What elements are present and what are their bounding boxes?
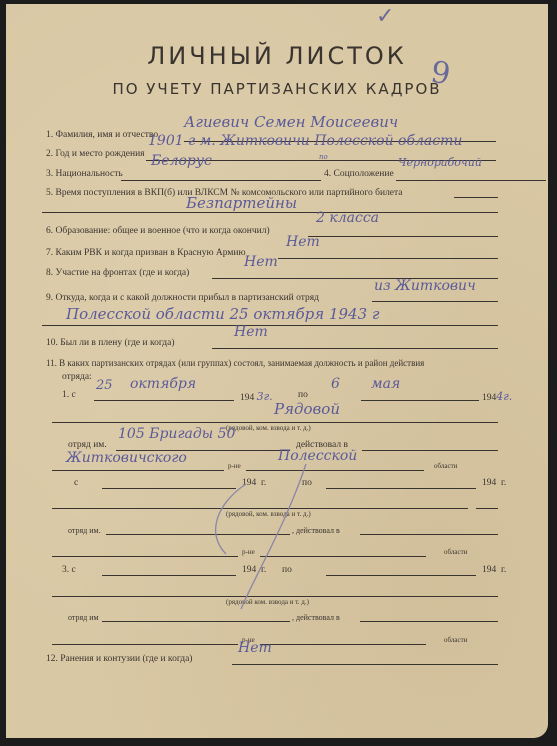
label-arrival: 9. Откуда, когда и с какой должности при… bbox=[46, 293, 319, 303]
entry1-to-word: по bbox=[298, 390, 308, 400]
entry1-position-hint: (рядовой, ком. взвода и т. д.) bbox=[226, 424, 311, 432]
cross-out-stroke-icon bbox=[186, 444, 336, 614]
label-full-name: 1. Фамилия, имя и отчество bbox=[46, 130, 158, 140]
entry1-to-day: 6 bbox=[331, 376, 340, 392]
value-party-membership: Безпартейны bbox=[186, 194, 297, 212]
check-mark-icon: ✓ bbox=[376, 4, 394, 29]
entry1-from-year-prefix: 194 bbox=[240, 393, 254, 403]
entry1-from-year: 194 3г. bbox=[240, 390, 273, 403]
label-wounds: 12. Ранения и контузии (где и когда) bbox=[46, 654, 192, 664]
entry1-to-month: мая bbox=[371, 376, 400, 392]
value-arrival: из Житкович bbox=[374, 278, 476, 294]
entry1-acted-line bbox=[362, 450, 498, 451]
entry3-number: 3. с bbox=[62, 565, 76, 575]
entry1-to-year: 1944г. bbox=[482, 390, 512, 403]
line-arrival-2 bbox=[42, 325, 498, 326]
label-education: 6. Образование: общее и военное (что и к… bbox=[46, 226, 270, 236]
entry1-position-line bbox=[52, 422, 498, 423]
entry1-to-line bbox=[361, 400, 479, 401]
entry3-unit-line bbox=[102, 621, 290, 622]
entry1-from-line bbox=[94, 400, 234, 401]
document-title: ЛИЧНЫЙ ЛИСТОК bbox=[6, 42, 548, 70]
value-social-status: Чернорабочий bbox=[398, 156, 482, 169]
line-party-membership bbox=[42, 212, 498, 213]
entry1-district-value: Житковичского bbox=[66, 450, 187, 466]
entry2-position-line-2 bbox=[476, 508, 498, 509]
entry1-position: Рядовой bbox=[274, 400, 340, 418]
line-social-status bbox=[396, 180, 546, 181]
entry3-to-year-suffix: г. bbox=[501, 565, 506, 575]
entry2-to-year-suffix: г. bbox=[501, 478, 506, 488]
entry1-to-year-suffix: 4г. bbox=[496, 390, 512, 403]
line-wounds bbox=[232, 664, 498, 665]
document-subtitle: ПО УЧЕТУ ПАРТИЗАНСКИХ КАДРОВ bbox=[6, 80, 548, 98]
entry1-unit-value: 105 Бригады 50 bbox=[118, 426, 235, 442]
line-party-number bbox=[454, 197, 498, 198]
value-wounds: Нет bbox=[238, 640, 272, 656]
value-birth: 1901 г м. Житковичи Полесской области bbox=[148, 133, 462, 149]
entry1-to-year-prefix: 194 bbox=[482, 393, 496, 403]
entry3-region-label: области bbox=[444, 636, 467, 644]
entry3-to-line bbox=[326, 575, 476, 576]
line-arrival bbox=[372, 301, 498, 302]
label-captivity: 10. Был ли в плену (где и когда) bbox=[46, 338, 175, 348]
entry1-number: 1. с bbox=[62, 390, 76, 400]
entry2-region-label: области bbox=[444, 548, 467, 556]
label-fronts: 8. Участие на фронтах (где и когда) bbox=[46, 268, 189, 278]
label-detachments: 11. В каких партизанских отрядах (или гр… bbox=[46, 358, 424, 368]
entry1-from-day: 25 bbox=[96, 378, 113, 393]
value-conscription: Нет bbox=[286, 234, 320, 250]
entry3-district-line bbox=[52, 644, 238, 645]
entry3-region-line bbox=[260, 644, 426, 645]
entry3-acted-label: , действовал в bbox=[292, 613, 340, 622]
line-conscription bbox=[278, 258, 498, 259]
personal-record-sheet: ЛИЧНЫЙ ЛИСТОК ПО УЧЕТУ ПАРТИЗАНСКИХ КАДР… bbox=[6, 4, 548, 738]
label-social-status: 4. Соцположение bbox=[324, 169, 394, 179]
line-captivity bbox=[212, 348, 498, 349]
entry1-from-month: октября bbox=[130, 376, 196, 392]
label-detachments-2: отряда: bbox=[62, 372, 92, 382]
entry3-to-year: 194 г. bbox=[482, 565, 506, 575]
entry2-to-line bbox=[326, 488, 476, 489]
entry3-to-year-prefix: 194 bbox=[482, 565, 496, 575]
entry2-to-year: 194 г. bbox=[482, 478, 506, 488]
value-education: 2 класса bbox=[316, 210, 379, 226]
entry2-acted-line bbox=[360, 534, 498, 535]
entry1-from-year-suffix: 3г. bbox=[257, 390, 273, 403]
entry1-region-label: области bbox=[434, 462, 457, 470]
entry2-unit-label: отряд им. bbox=[68, 526, 101, 535]
entry3-unit-label: отряд им bbox=[68, 613, 99, 622]
value-captivity: Нет bbox=[234, 324, 268, 340]
entry2-to-year-prefix: 194 bbox=[482, 478, 496, 488]
line-education bbox=[308, 236, 498, 237]
value-arrival-2: Полесской области 25 октября 1943 г bbox=[66, 305, 379, 323]
value-nationality: Белорус bbox=[151, 153, 212, 169]
entry2-number: с bbox=[74, 478, 78, 488]
label-nationality: 3. Национальность bbox=[46, 169, 123, 179]
line-nationality bbox=[121, 180, 321, 181]
label-birth: 2. Год и место рождения bbox=[46, 149, 145, 159]
entry1-unit-label: отряд им. bbox=[68, 440, 107, 450]
entry3-acted-line bbox=[360, 621, 498, 622]
value-fronts: Нет bbox=[244, 254, 278, 270]
value-full-name: Агиевич Семен Моисеевич bbox=[184, 113, 398, 131]
label-conscription: 7. Каким РВК и когда призван в Красную А… bbox=[46, 248, 246, 258]
